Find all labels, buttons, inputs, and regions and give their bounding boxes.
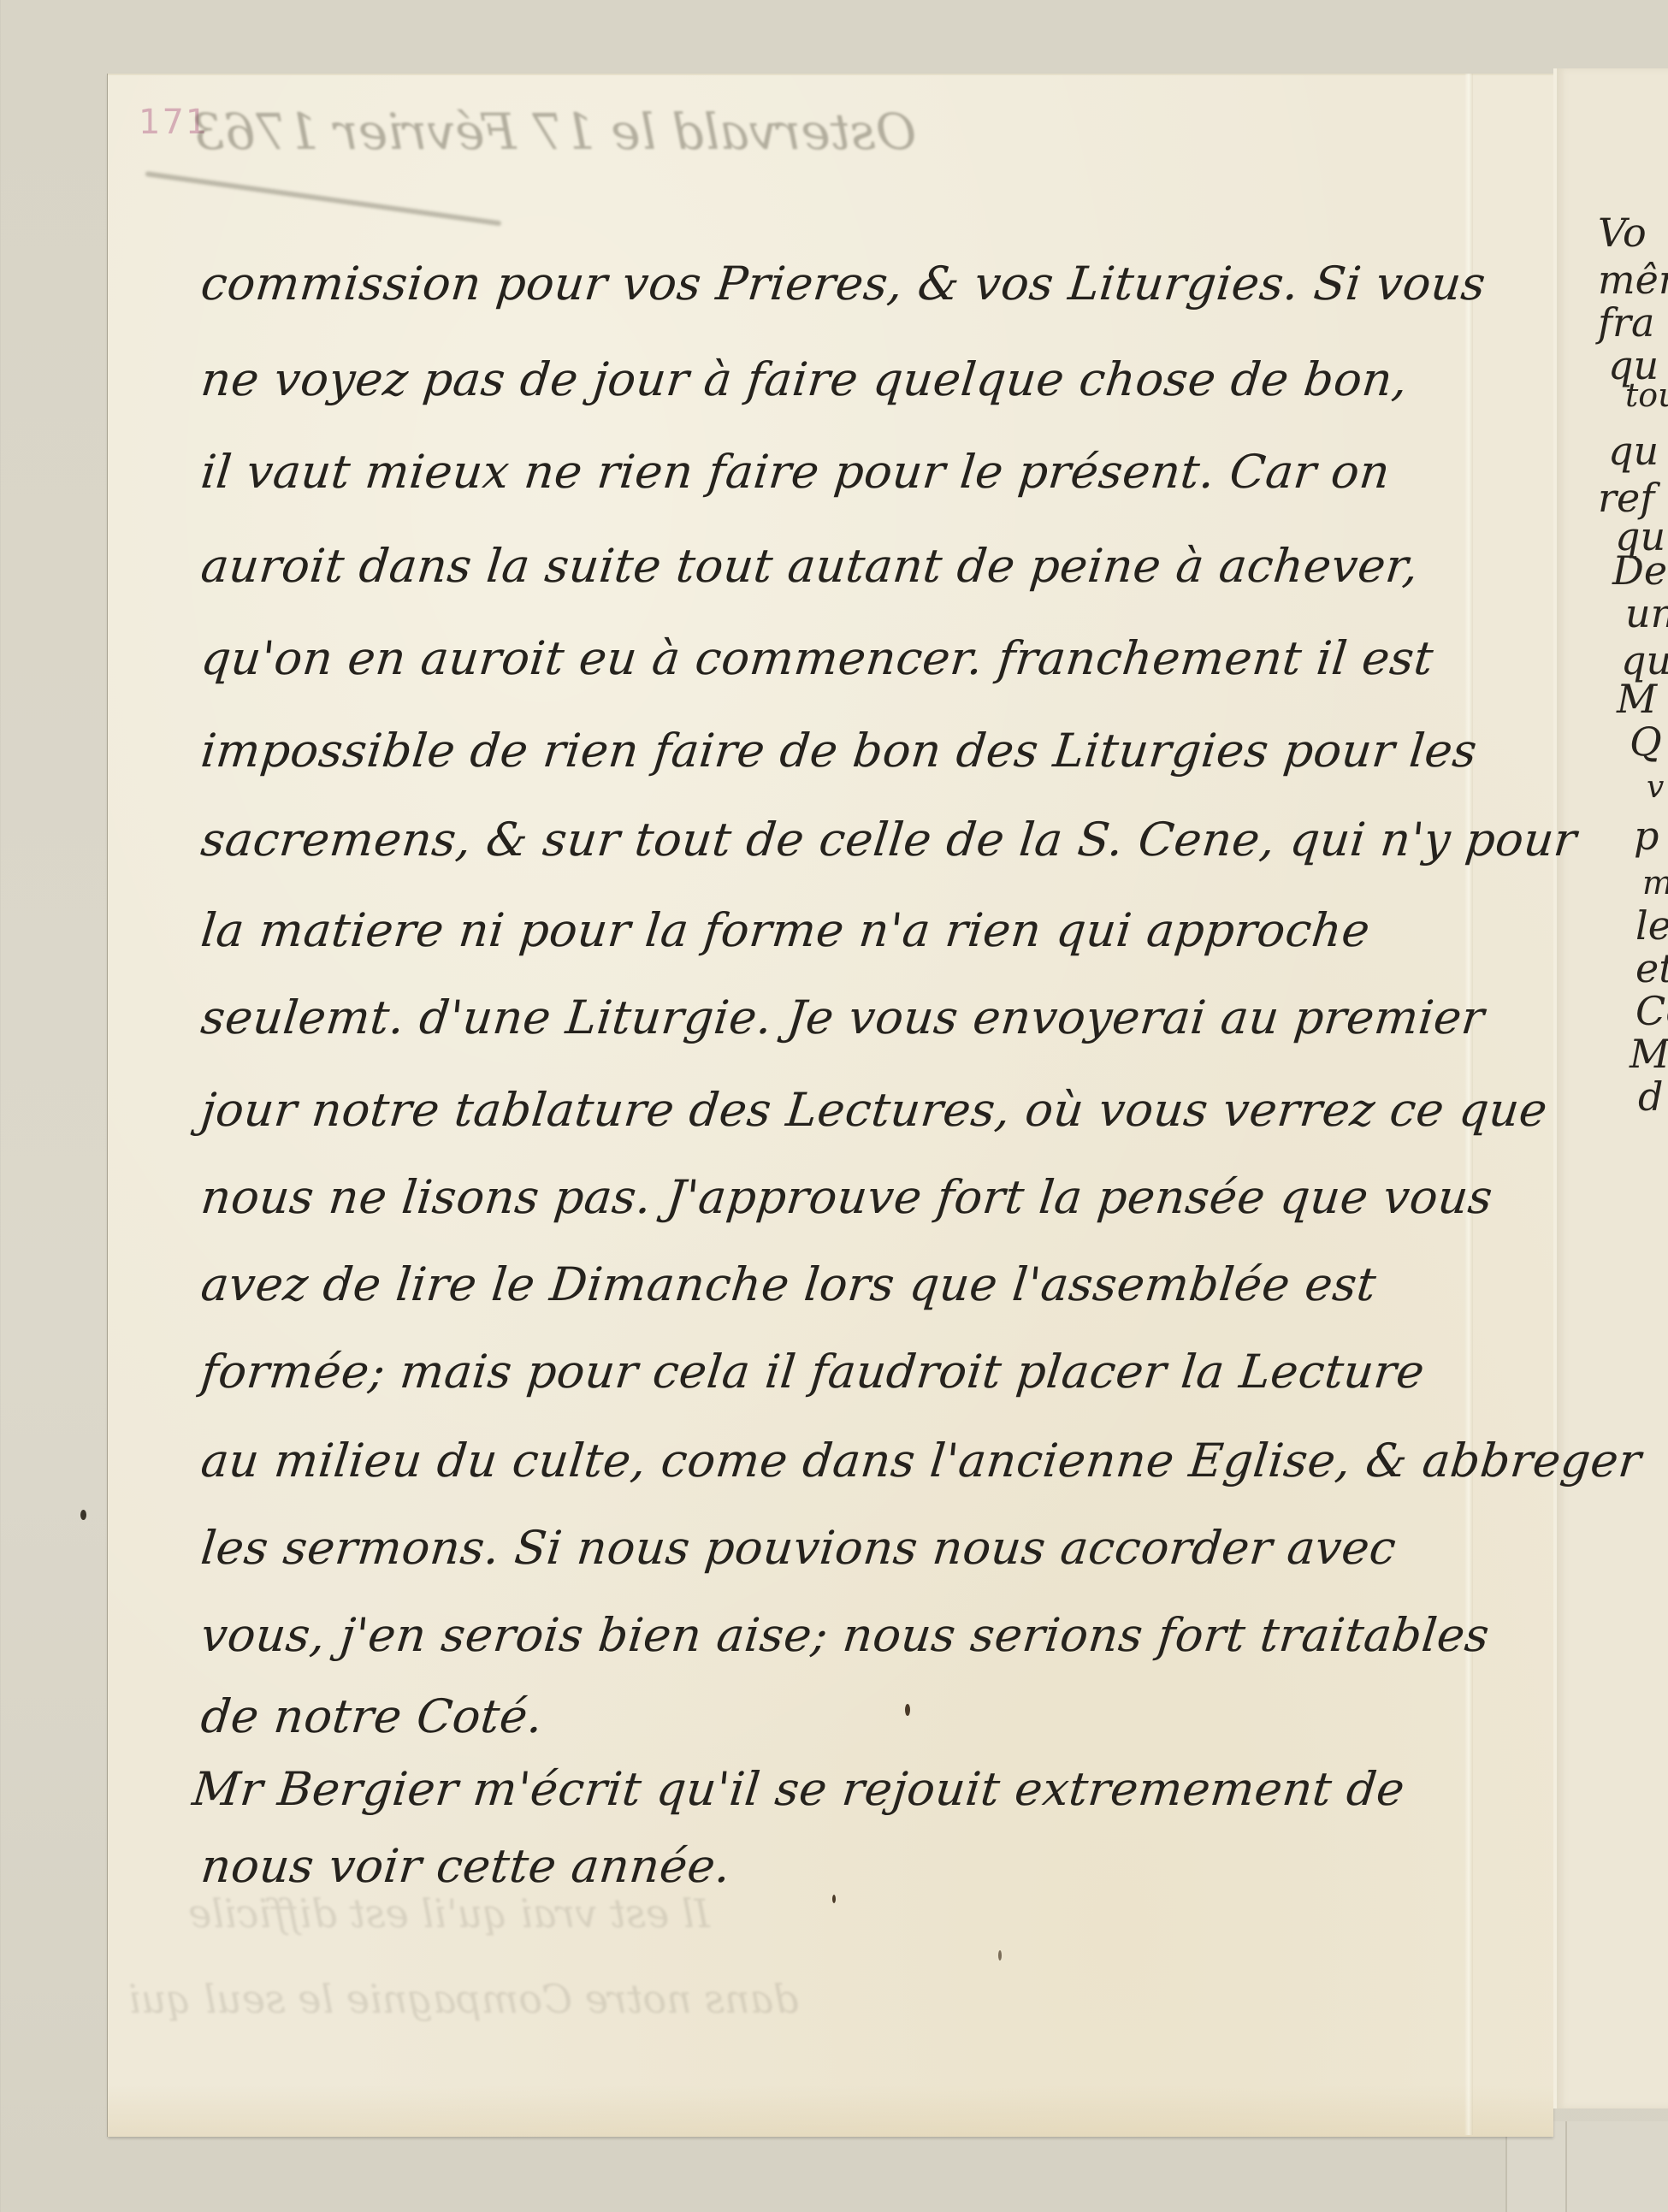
- facing-page-fragment: un: [1625, 590, 1668, 636]
- facing-page-fragment: p: [1634, 813, 1659, 859]
- manuscript-line: Mr Bergier m'écrit qu'il se rejouit extr…: [190, 1762, 1407, 1816]
- manuscript-line: il vaut mieux ne rien faire pour le prés…: [198, 445, 1393, 499]
- facing-page-fragment: v: [1647, 770, 1664, 805]
- facing-page-fragment: De: [1612, 547, 1667, 594]
- manuscript-line: commission pour vos Prieres, & vos Litur…: [198, 257, 1488, 311]
- manuscript-line: sacremens, & sur tout de celle de la S. …: [198, 813, 1579, 866]
- facing-page-fragment: Q: [1630, 719, 1662, 765]
- mount-strip: [1565, 2121, 1668, 2212]
- facing-page-fragment: fra: [1598, 299, 1654, 346]
- manuscript-line: qu'on en auroit eu à commencer. franchem…: [198, 631, 1436, 685]
- manuscript-line: nous voir cette année.: [198, 1839, 733, 1893]
- facing-page-fragment: d: [1638, 1073, 1663, 1120]
- bleed-through-header: Ostervald le 17 Février 1763: [192, 103, 916, 161]
- manuscript-line: auroit dans la suite tout autant de pein…: [198, 539, 1421, 593]
- manuscript-line: vous, j'en serois bien aise; nous serion…: [198, 1608, 1492, 1662]
- manuscript-line: au milieu du culte, come dans l'ancienne…: [198, 1434, 1644, 1487]
- bleed-through-fragment: Il est vrai qu'il est difficile: [188, 1890, 710, 1937]
- facing-page-fragment: le: [1635, 902, 1668, 949]
- manuscript-line: seulemt. d'une Liturgie. Je vous envoyer…: [198, 991, 1487, 1044]
- facing-page-fragment: tou: [1625, 376, 1668, 414]
- manuscript-line: ne voyez pas de jour à faire quelque cho…: [198, 352, 1411, 406]
- manuscript-line: les sermons. Si nous pouvions nous accor…: [198, 1521, 1399, 1575]
- manuscript-line: avez de lire le Dimanche lors que l'asse…: [198, 1257, 1379, 1311]
- bleed-through-fragment: dans notre Compagnie le seul qui: [128, 1976, 799, 2022]
- ink-spot: [998, 1950, 1002, 1961]
- facing-page-fragment: qu: [1608, 428, 1659, 474]
- margin-ink-mark: [80, 1510, 86, 1520]
- facing-page-fragment: et: [1635, 945, 1668, 991]
- facing-page-fragment: M: [1617, 676, 1657, 722]
- facing-page-fragment: m: [1642, 864, 1668, 902]
- manuscript-line: impossible de rien faire de bon des Litu…: [198, 724, 1480, 778]
- manuscript-line: formée; mais pour cela il faudroit place…: [198, 1345, 1427, 1399]
- manuscript-line: de notre Coté.: [198, 1689, 546, 1743]
- manuscript-line: nous ne lisons pas. J'approuve fort la p…: [198, 1170, 1495, 1224]
- manuscript-line: jour notre tablature des Lectures, où vo…: [198, 1083, 1550, 1137]
- facing-page-fragment: Vo: [1598, 210, 1647, 256]
- facing-page-fragment: M: [1630, 1031, 1668, 1077]
- ink-spot: [832, 1895, 836, 1903]
- facing-page-fragment: mên: [1598, 257, 1668, 303]
- manuscript-line: la matiere ni pour la forme n'a rien qui…: [198, 903, 1373, 957]
- facing-page-fragment: Co: [1635, 988, 1668, 1034]
- ink-spot: [905, 1704, 910, 1716]
